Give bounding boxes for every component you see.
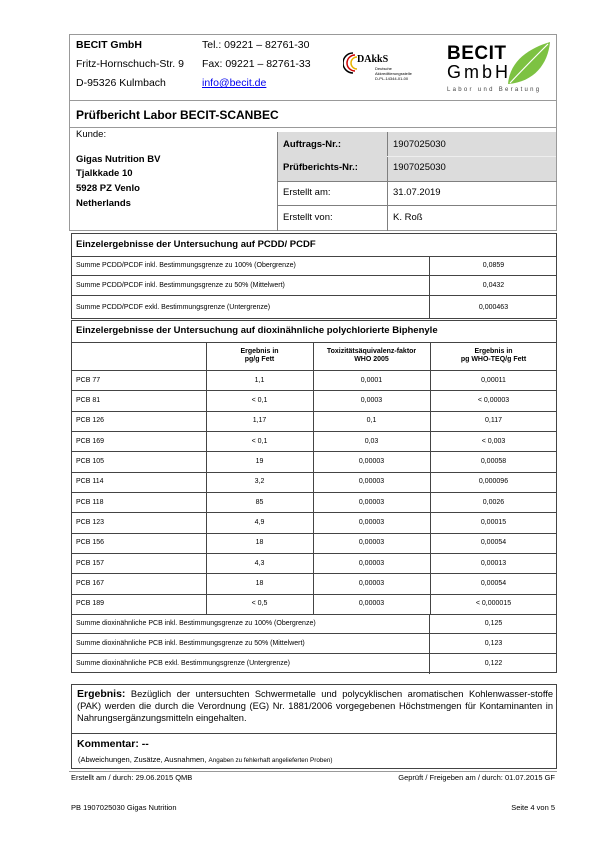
- report-title: Prüfbericht Labor BECIT-SCANBEC: [76, 108, 279, 122]
- footer-created: Erstellt am / durch: 29.06.2015 QMB: [71, 773, 192, 782]
- pcb-sum-label: Summe dioxinähnliche PCB inkl. Bestimmun…: [76, 633, 305, 653]
- pcb-value-cell: 85: [206, 492, 313, 512]
- company-street: Fritz-Hornschuch-Str. 9: [76, 58, 184, 70]
- pcb-value-cell: 0,00054: [430, 573, 557, 593]
- pcb-congener-name: PCB 189: [76, 594, 104, 614]
- header-line-1: Ergebnis in: [240, 348, 278, 357]
- pcb-value-cell: 0,117: [430, 411, 557, 431]
- pcb-congener-name: PCB 167: [76, 573, 104, 593]
- pcdd-row-value: 0,0432: [430, 275, 557, 295]
- comment-note-main: (Abweichungen, Zusätze, Ausnahmen,: [78, 755, 209, 764]
- pcb-value-cell: 0,00013: [430, 553, 557, 573]
- pcb-value-cell: < 0,1: [206, 431, 313, 451]
- pcb-value-cell: < 0,00003: [430, 390, 557, 410]
- order-number-label: Auftrags-Nr.:: [283, 139, 341, 150]
- customer-street: Tjalkkade 10: [76, 168, 133, 179]
- customer-city: 5928 PZ Venlo: [76, 183, 140, 194]
- footer-doc-ref: PB 1907025030 Gigas Nutrition: [71, 803, 177, 812]
- pcdd-row-label: Summe PCDD/PCDF inkl. Bestimmungsgrenze …: [76, 275, 285, 295]
- pcb-value-cell: 0,00058: [430, 451, 557, 471]
- result-text: Ergebnis: Bezüglich der untersuchten Sch…: [77, 688, 553, 724]
- pcb-title: Einzelergebnisse der Untersuchung auf di…: [76, 325, 438, 336]
- comment-label: Kommentar: --: [77, 738, 149, 750]
- created-by-label: Erstellt von:: [283, 212, 333, 223]
- pcb-congener-name: PCB 77: [76, 370, 100, 390]
- comment-note-small: Angaben zu fehlerhaft angelieferten Prob…: [209, 757, 333, 764]
- becit-logo: BECIT GmbH Labor und Beratung: [440, 40, 555, 100]
- report-number-value: 1907025030: [393, 162, 446, 173]
- pcb-value-cell: 0,00003: [313, 594, 430, 614]
- footer-page-number: Seite 4 von 5: [511, 803, 555, 812]
- pcb-congener-name: PCB 156: [76, 533, 104, 553]
- created-date-label: Erstellt am:: [283, 187, 331, 198]
- column-divider: [429, 614, 430, 674]
- pcdd-title: Einzelergebnisse der Untersuchung auf PC…: [76, 239, 316, 250]
- dakks-arcs-icon: [343, 52, 357, 74]
- header-line-1: Ergebnis in: [474, 348, 512, 357]
- customer-name: Gigas Nutrition BV: [76, 154, 160, 165]
- company-name: BECIT GmbH: [76, 39, 142, 51]
- pcdd-row-label: Summe PCDD/PCDF exkl. Bestimmungsgrenze …: [76, 295, 270, 319]
- pcb-sum-value: 0,123: [430, 633, 557, 653]
- pcb-value-cell: 0,00003: [313, 573, 430, 593]
- pcb-value-cell: 0,00011: [430, 370, 557, 390]
- company-city: D-95326 Kulmbach: [76, 77, 166, 89]
- pcb-value-cell: 4,9: [206, 512, 313, 532]
- pcb-congener-name: PCB 114: [76, 472, 104, 492]
- customer-label: Kunde:: [76, 129, 106, 140]
- pcb-value-cell: < 0,5: [206, 594, 313, 614]
- pcb-value-cell: 1,1: [206, 370, 313, 390]
- pcb-value-cell: 0,0001: [313, 370, 430, 390]
- pcb-value-cell: 0,00003: [313, 472, 430, 492]
- pcb-sum-value: 0,122: [430, 653, 557, 674]
- pcb-congener-name: PCB 118: [76, 492, 104, 512]
- pcb-value-cell: 18: [206, 533, 313, 553]
- pcb-value-cell: 0,00003: [313, 451, 430, 471]
- pcb-value-cell: 0,0026: [430, 492, 557, 512]
- pcb-value-cell: 0,00003: [313, 533, 430, 553]
- table-header-cell: Toxizitätsäquivalenz-faktorWHO 2005: [313, 342, 430, 370]
- comment-note: (Abweichungen, Zusätze, Ausnahmen, Angab…: [78, 755, 332, 764]
- company-fax: Fax: 09221 – 82761-33: [202, 58, 311, 70]
- pcb-sum-label: Summe dioxinähnliche PCB exkl. Bestimmun…: [76, 653, 290, 674]
- pcb-value-cell: 0,000096: [430, 472, 557, 492]
- becit-logo-tagline: Labor und Beratung: [447, 87, 541, 93]
- becit-logo-gmbh: GmbH: [447, 62, 511, 83]
- created-by-value: K. Roß: [393, 212, 423, 223]
- dakks-name: DAkkS: [357, 54, 388, 65]
- pcb-value-cell: 3,2: [206, 472, 313, 492]
- pcb-value-cell: 0,03: [313, 431, 430, 451]
- header-line-2: pg/g Fett: [245, 356, 275, 365]
- order-number-value: 1907025030: [393, 139, 446, 150]
- pcb-value-cell: < 0,003: [430, 431, 557, 451]
- result-label: Ergebnis:: [77, 688, 125, 700]
- pcb-congener-name: PCB 123: [76, 512, 104, 532]
- pcb-congener-name: PCB 81: [76, 390, 100, 410]
- pcb-value-cell: 0,0003: [313, 390, 430, 410]
- footer-approved: Geprüft / Freigeben am / durch: 01.07.20…: [398, 773, 555, 782]
- company-phone: Tel.: 09221 – 82761-30: [202, 39, 309, 51]
- pcb-congener-name: PCB 105: [76, 451, 104, 471]
- result-body: Bezüglich der untersuchten Schwermetalle…: [77, 689, 553, 723]
- header-line-2: pg WHO-TEQ/g Fett: [461, 356, 526, 365]
- report-number-label: Prüfberichts-Nr.:: [283, 162, 358, 173]
- customer-country: Netherlands: [76, 198, 131, 209]
- pcb-value-cell: 0,00003: [313, 492, 430, 512]
- email-link[interactable]: info@becit.de: [202, 77, 266, 89]
- pcdd-row-value: 0,000463: [430, 295, 557, 319]
- pcb-sum-value: 0,125: [430, 614, 557, 634]
- pcb-sum-label: Summe dioxinähnliche PCB inkl. Bestimmun…: [76, 614, 316, 634]
- pcb-value-cell: 18: [206, 573, 313, 593]
- pcb-value-cell: 19: [206, 451, 313, 471]
- header-line-2: WHO 2005: [354, 356, 389, 365]
- pcb-value-cell: 0,00054: [430, 533, 557, 553]
- pcb-value-cell: 1,17: [206, 411, 313, 431]
- dakks-logo: DAkkS Deutsche Akkreditierungsstelle D-P…: [343, 50, 423, 90]
- dakks-line3: D-PL-14344-01-00: [375, 76, 408, 81]
- pcb-congener-name: PCB 157: [76, 553, 104, 573]
- pcb-value-cell: 0,1: [313, 411, 430, 431]
- pcb-value-cell: < 0,000015: [430, 594, 557, 614]
- pcdd-row-value: 0,0859: [430, 256, 557, 275]
- created-date-value: 31.07.2019: [393, 187, 441, 198]
- pcb-value-cell: 0,00015: [430, 512, 557, 532]
- pcb-congener-name: PCB 126: [76, 411, 104, 431]
- table-header-cell: Ergebnis inpg WHO-TEQ/g Fett: [430, 342, 557, 370]
- header-line-1: Toxizitätsäquivalenz-faktor: [327, 348, 416, 357]
- pcdd-row-label: Summe PCDD/PCDF inkl. Bestimmungsgrenze …: [76, 256, 296, 275]
- pcb-congener-name: PCB 169: [76, 431, 104, 451]
- pcb-value-cell: < 0,1: [206, 390, 313, 410]
- pcb-value-cell: 4,3: [206, 553, 313, 573]
- pcb-value-cell: 0,00003: [313, 553, 430, 573]
- pcb-value-cell: 0,00003: [313, 512, 430, 532]
- table-header-cell: Ergebnis inpg/g Fett: [206, 342, 313, 370]
